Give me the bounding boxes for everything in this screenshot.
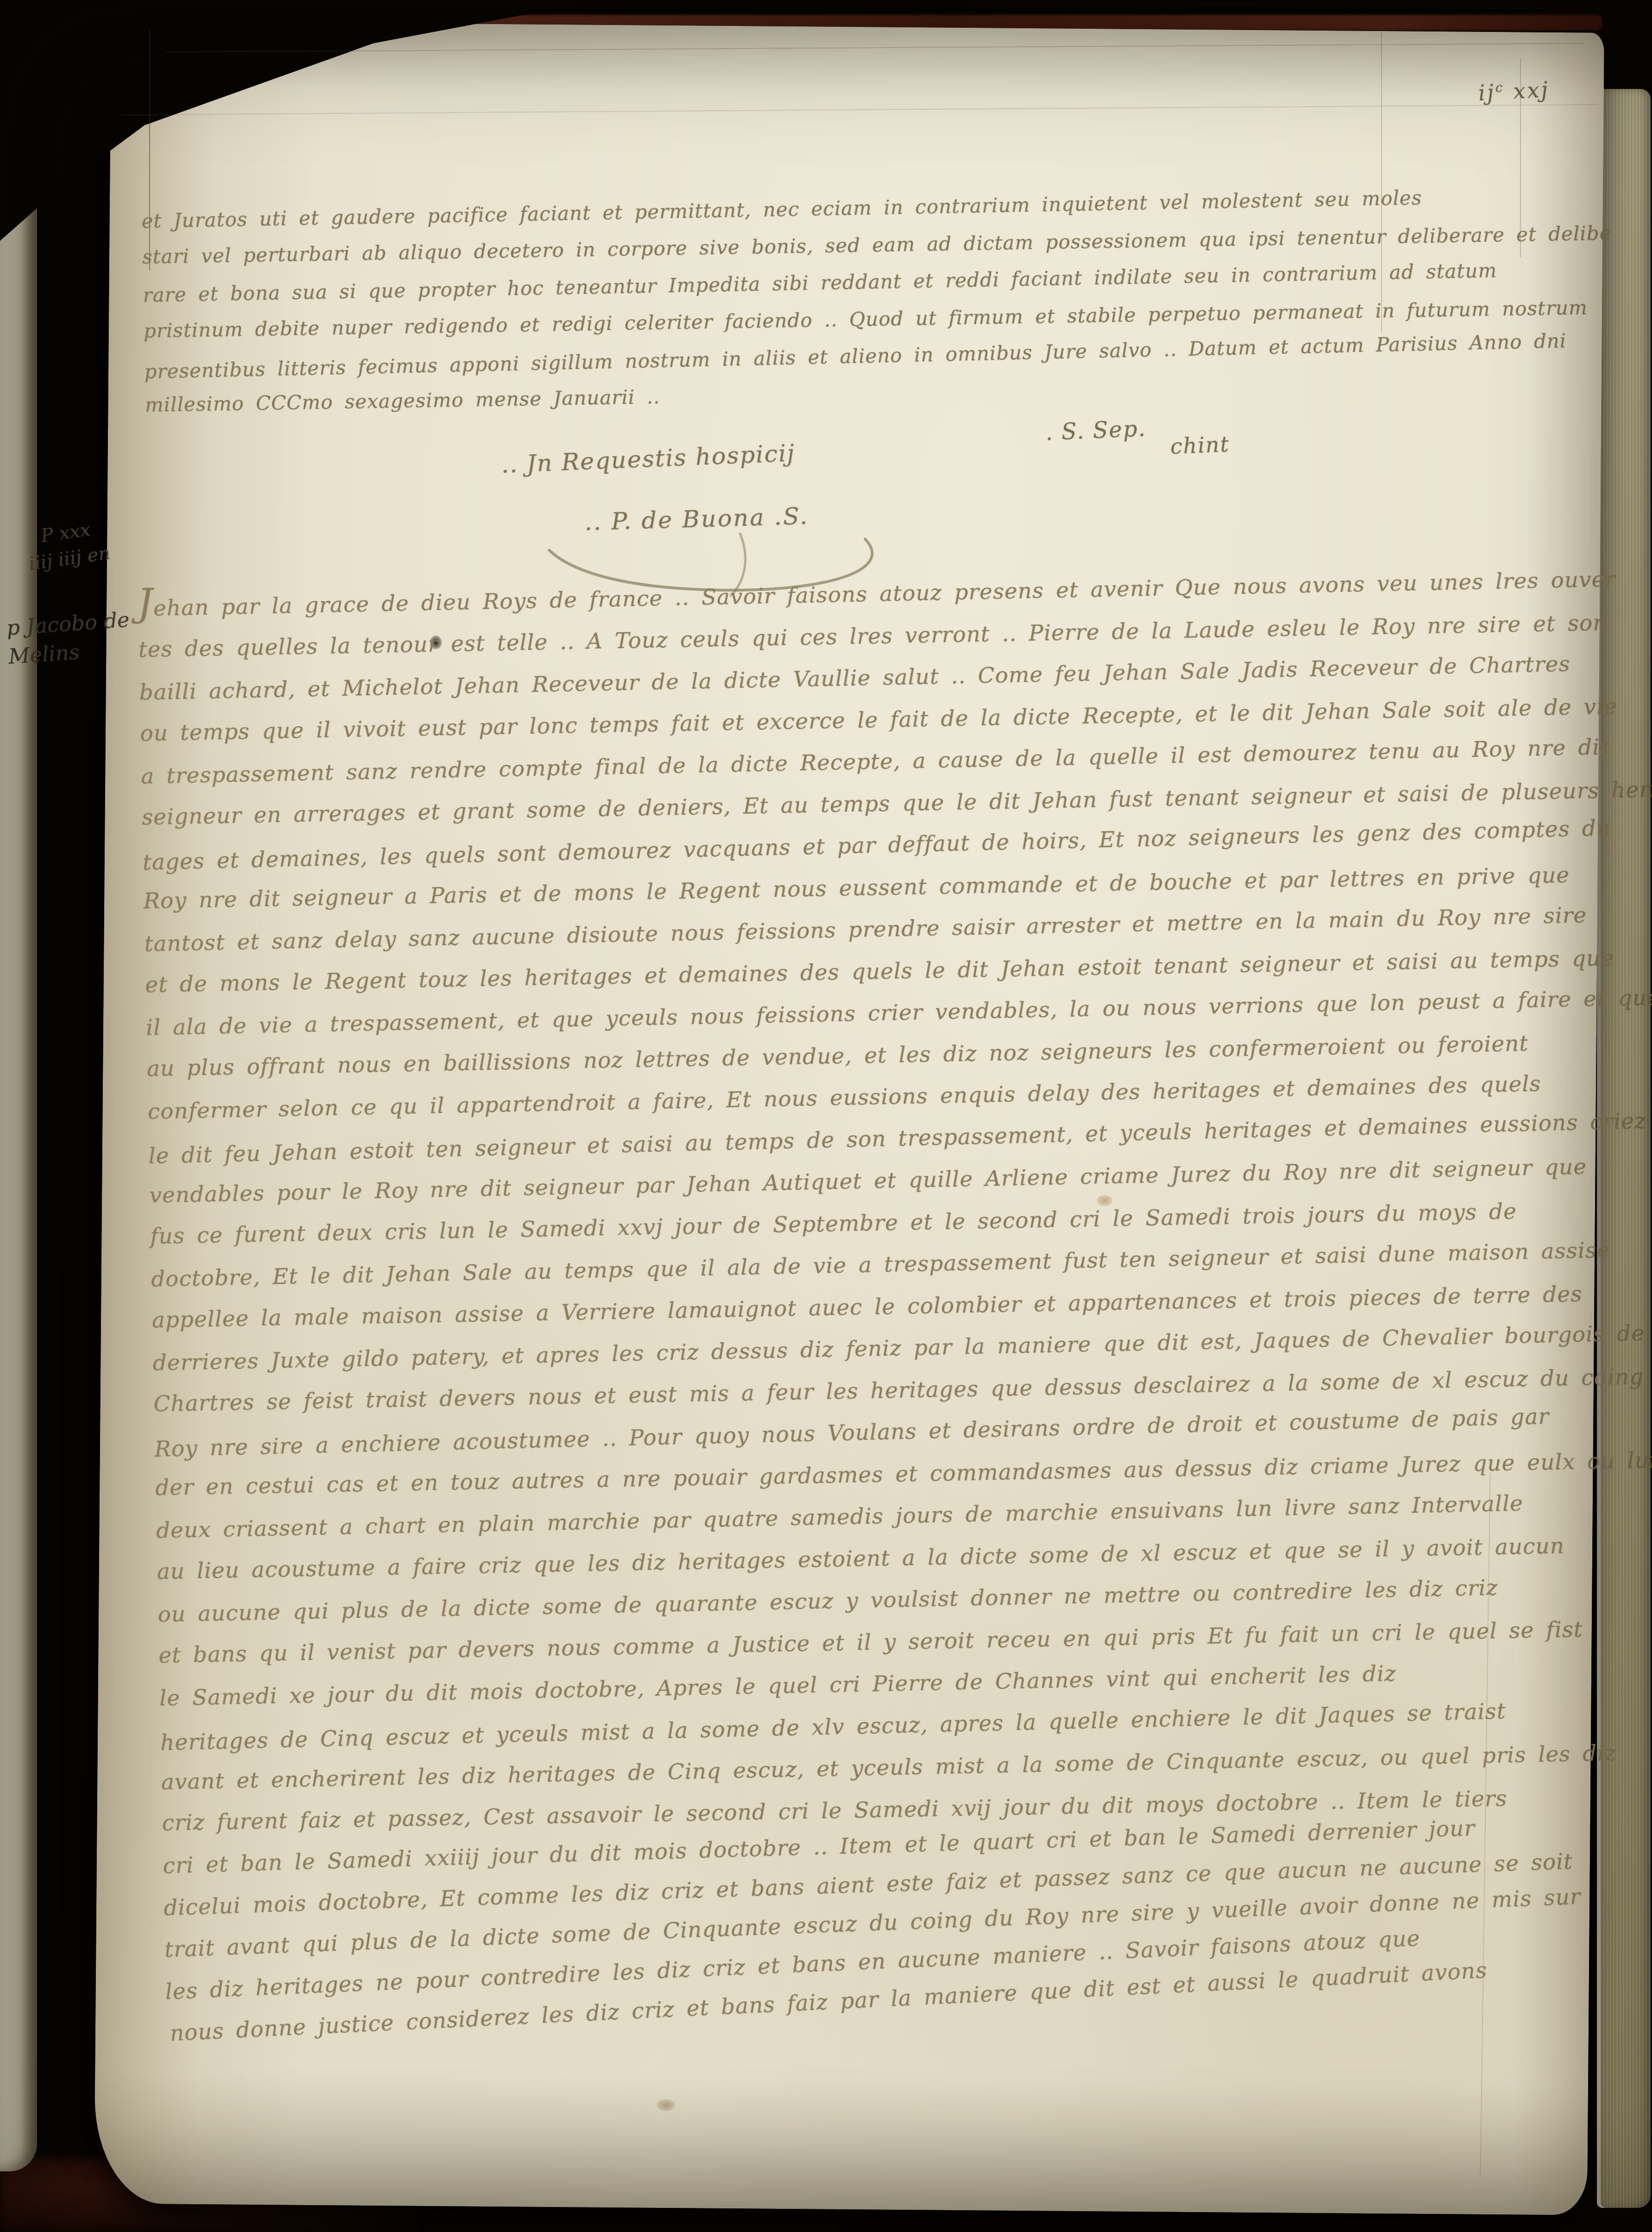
margin-note-line: P xxx (39, 514, 108, 549)
margin-note-line: iiij iiij en (27, 540, 112, 577)
page-stack-fore-edge (1597, 89, 1651, 2208)
facing-page-edge (0, 166, 37, 2171)
manuscript-photo: ijc xxj et Juratos uti et gaudere pacifi… (0, 0, 1652, 2232)
parchment-page (94, 21, 1604, 2215)
